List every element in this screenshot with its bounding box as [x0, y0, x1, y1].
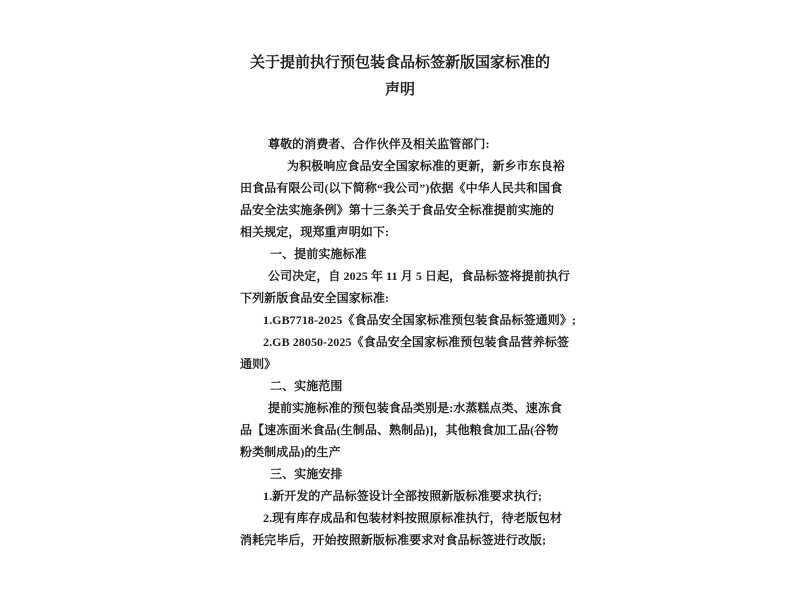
body-line-standard-1: 1.GB7718-2025《食品安全国家标准预包装食品标签通则》;	[240, 309, 560, 331]
body-line-standard-2: 2.GB 28050-2025《食品安全国家标准预包装食品营养标签	[240, 331, 560, 353]
document-title: 关于提前执行预包装食品标签新版国家标准的 声明	[0, 50, 800, 104]
body-line: 品安全法实施条例》第十三条关于食品安全标准提前实施的	[240, 199, 560, 221]
title-line-2: 声明	[0, 77, 800, 104]
body-line: 田食品有限公司(以下简称“我公司”)依据《中华人民共和国食	[240, 177, 560, 199]
body-line: 下列新版食品安全国家标准:	[240, 287, 560, 309]
body-line: 通则》	[240, 353, 560, 375]
body-line: 为积极响应食品安全国家标准的更新，新乡市东良裕	[240, 155, 560, 177]
body-line: 公司决定，自 2025 年 11 月 5 日起，食品标签将提前执行	[240, 265, 560, 287]
title-line-1: 关于提前执行预包装食品标签新版国家标准的	[0, 50, 800, 77]
body-line: 消耗完毕后，开始按照新版标准要求对食品标签进行改版;	[240, 529, 560, 551]
body-line-item-2: 2.现有库存成品和包装材料按照原标准执行，待老版包材	[240, 507, 560, 529]
body-line-salutation: 尊敬的消费者、合作伙伴及相关监管部门:	[240, 133, 560, 155]
document-body: 尊敬的消费者、合作伙伴及相关监管部门: 为积极响应食品安全国家标准的更新，新乡市…	[240, 133, 560, 551]
document-page: 关于提前执行预包装食品标签新版国家标准的 声明 尊敬的消费者、合作伙伴及相关监管…	[0, 0, 800, 600]
body-line: 提前实施标准的预包装食品类别是:水蒸糕点类、速冻食	[240, 397, 560, 419]
body-line-item-1: 1.新开发的产品标签设计全部按照新版标准要求执行;	[240, 485, 560, 507]
body-line: 品【速冻面米食品(生制品、熟制品)]，其他粮食加工品(谷物	[240, 419, 560, 441]
body-line-section-1: 一、提前实施标准	[240, 243, 560, 265]
body-line-section-2: 二、实施范围	[240, 375, 560, 397]
body-line: 粉类制成品)的生产	[240, 441, 560, 463]
body-line: 相关规定，现郑重声明如下:	[240, 221, 560, 243]
body-line-section-3: 三、实施安排	[240, 463, 560, 485]
